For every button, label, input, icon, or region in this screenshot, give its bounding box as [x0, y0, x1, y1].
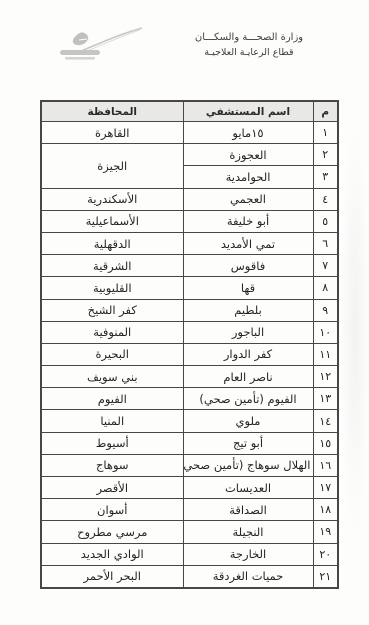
table-row: ١٧العديساتالأقصر [41, 477, 338, 499]
governorate-cell: الأقصر [41, 477, 183, 499]
row-number-cell: ١٦ [313, 454, 338, 476]
hospital-name-cell: الخارجة [183, 543, 313, 565]
table-row: ١١٥مايوالقاهرة [41, 122, 338, 144]
table-row: ١٣الفيوم (تأمين صحي)الفيوم [41, 388, 338, 410]
hospitals-table: م اسم المستشفي المحافظة ١١٥مايوالقاهرة٢ا… [40, 100, 339, 589]
row-number-cell: ٩ [313, 299, 338, 321]
table-row: ١٥أبو تيجأسيوط [41, 432, 338, 454]
governorate-cell: كفر الشيخ [41, 299, 183, 321]
table-row: ٥أبو خليفةالأسماعيلية [41, 210, 338, 232]
table-row: ٢١حميات الغردقةالبحر الأحمر [41, 565, 338, 588]
hospital-name-cell: العديسات [183, 477, 313, 499]
table-row: ١٩النجيلةمرسي مطروح [41, 521, 338, 543]
governorate-cell: أسوان [41, 499, 183, 521]
governorate-cell: الجيزة [41, 144, 183, 188]
row-number-cell: ١٩ [313, 521, 338, 543]
row-number-cell: ١٤ [313, 410, 338, 432]
hospital-name-cell: الباجور [183, 321, 313, 343]
governorate-cell: الشرقية [41, 255, 183, 277]
row-number-cell: ٥ [313, 210, 338, 232]
governorate-cell: المنوفية [41, 321, 183, 343]
governorate-cell: سوهاج [41, 454, 183, 476]
hospital-name-cell: العجمي [183, 188, 313, 210]
hospital-name-cell: ناصر العام [183, 366, 313, 388]
table-row: ٢٠الخارجةالوادي الجديد [41, 543, 338, 565]
row-number-cell: ٦ [313, 232, 338, 254]
hospital-name-cell: حميات الغردقة [183, 565, 313, 588]
governorate-cell: الأسماعيلية [41, 210, 183, 232]
row-number-cell: ٨ [313, 277, 338, 299]
table-row: ٧فاقوسالشرقية [41, 255, 338, 277]
table-row: ١٠الباجورالمنوفية [41, 321, 338, 343]
row-number-cell: ٤ [313, 188, 338, 210]
table-row: ١٦الهلال سوهاج (تأمين صحي)سوهاج [41, 454, 338, 476]
hospital-name-cell: ١٥مايو [183, 122, 313, 144]
governorate-cell: البحر الأحمر [41, 565, 183, 588]
col-header-hospital: اسم المستشفي [183, 101, 313, 122]
table-row: ١٨الصداقةأسوان [41, 499, 338, 521]
document-header: وزارة الصحـــة والسكـــان قطاع الرعايـة … [163, 30, 335, 60]
governorate-cell: أسيوط [41, 432, 183, 454]
table-row: ٤العجميالأسكندرية [41, 188, 338, 210]
table-row: ١٤ملويالمنيا [41, 410, 338, 432]
col-header-index: م [313, 101, 338, 122]
hospital-name-cell: فاقوس [183, 255, 313, 277]
hospital-name-cell: الصداقة [183, 499, 313, 521]
hospital-name-cell: أبو خليفة [183, 210, 313, 232]
ministry-title: وزارة الصحـــة والسكـــان [163, 30, 335, 45]
governorate-cell: الوادي الجديد [41, 543, 183, 565]
sector-title: قطاع الرعايـة العلاجيـة [163, 45, 335, 60]
scan-smudge [341, 120, 369, 540]
row-number-cell: ١٨ [313, 499, 338, 521]
row-number-cell: ١٠ [313, 321, 338, 343]
table-body: ١١٥مايوالقاهرة٢العجوزةالجيزة٣الحوامدية٤ا… [41, 122, 338, 588]
governorate-cell: الدقهلية [41, 232, 183, 254]
row-number-cell: ٢٠ [313, 543, 338, 565]
row-number-cell: ١٧ [313, 477, 338, 499]
table-row: ٦تمي الأمديدالدقهلية [41, 232, 338, 254]
row-number-cell: ١١ [313, 343, 338, 365]
hospital-name-cell: الحوامدية [183, 166, 313, 188]
hospital-name-cell: العجوزة [183, 144, 313, 166]
hospital-name-cell: الفيوم (تأمين صحي) [183, 388, 313, 410]
row-number-cell: ٧ [313, 255, 338, 277]
hospital-name-cell: الهلال سوهاج (تأمين صحي) [183, 454, 313, 476]
table-row: ١١كفر الدوارالبحيرة [41, 343, 338, 365]
row-number-cell: ١ [313, 122, 338, 144]
table-row: ٩بلطيمكفر الشيخ [41, 299, 338, 321]
table-row: ٨قهاالقليوبية [41, 277, 338, 299]
hospital-name-cell: ملوي [183, 410, 313, 432]
hospital-name-cell: النجيلة [183, 521, 313, 543]
hospital-name-cell: قها [183, 277, 313, 299]
governorate-cell: الأسكندرية [41, 188, 183, 210]
governorate-cell: البحيرة [41, 343, 183, 365]
ministry-logo-icon [52, 24, 144, 72]
row-number-cell: ٢١ [313, 565, 338, 588]
hospital-name-cell: تمي الأمديد [183, 232, 313, 254]
row-number-cell: ١٢ [313, 366, 338, 388]
governorate-cell: بني سويف [41, 366, 183, 388]
governorate-cell: مرسي مطروح [41, 521, 183, 543]
governorate-cell: الفيوم [41, 388, 183, 410]
hospital-name-cell: بلطيم [183, 299, 313, 321]
table-row: ١٢ناصر العامبني سويف [41, 366, 338, 388]
hospital-name-cell: أبو تيج [183, 432, 313, 454]
table-header-row: م اسم المستشفي المحافظة [41, 101, 338, 122]
governorate-cell: القليوبية [41, 277, 183, 299]
table-row: ٢العجوزةالجيزة [41, 144, 338, 166]
col-header-governorate: المحافظة [41, 101, 183, 122]
hospital-name-cell: كفر الدوار [183, 343, 313, 365]
scanned-document-page: { "colors": { "paper": "#fdfdfc", "ink":… [0, 0, 369, 625]
row-number-cell: ١٥ [313, 432, 338, 454]
governorate-cell: القاهرة [41, 122, 183, 144]
row-number-cell: ٢ [313, 144, 338, 166]
row-number-cell: ١٣ [313, 388, 338, 410]
row-number-cell: ٣ [313, 166, 338, 188]
governorate-cell: المنيا [41, 410, 183, 432]
